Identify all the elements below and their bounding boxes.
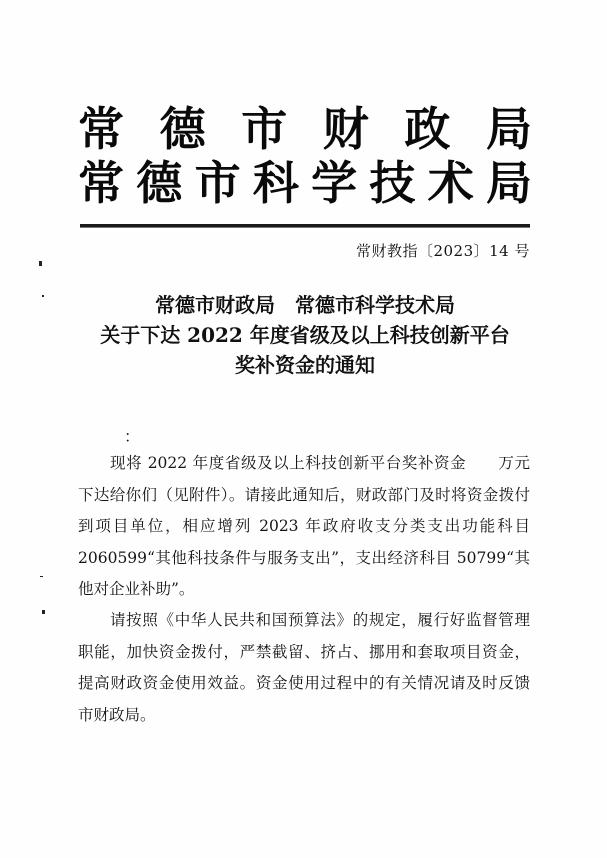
paragraph-line: 到项目单位，相应增列 2023 年政府收支分类支出功能科目	[78, 511, 530, 543]
letterhead-char: 科	[253, 160, 299, 206]
letterhead-char: 常	[78, 106, 124, 152]
paragraph-line: 请按照《中华人民共和国预算法》的规定，履行好监督管理	[78, 605, 530, 637]
letterhead-char: 学	[311, 160, 357, 206]
title-line: 关于下达 2022 年度省级及以上科技创新平台	[60, 320, 550, 350]
paragraph-line: 2060599“其他科技条件与服务支出”，支出经济科目 50799“其	[78, 543, 530, 575]
letterhead-char: 德	[160, 106, 206, 152]
letterhead-char: 市	[241, 106, 287, 152]
letterhead-char: 局	[486, 106, 532, 152]
letterhead-char: 技	[369, 160, 415, 206]
scan-speck	[42, 295, 44, 297]
document-page: 常 德 市 财 政 局 常 德 市 科 学 技 术 局 常财教指〔2023〕14…	[0, 0, 607, 858]
letterhead-science-bureau: 常 德 市 科 学 技 术 局	[78, 160, 532, 206]
letterhead-char: 常	[78, 160, 124, 206]
title-line: 奖补资金的通知	[60, 350, 550, 380]
paragraph-supervision: 请按照《中华人民共和国预算法》的规定，履行好监督管理 职能，加快资金拨付，严禁截…	[78, 605, 530, 731]
salutation: ：	[124, 424, 140, 447]
letterhead-char: 财	[323, 106, 369, 152]
paragraph-line: 他对企业补助”。	[78, 574, 530, 606]
paragraph-funding: 现将 2022 年度省级及以上科技创新平台奖补资金 万元 下达给你们（见附件）。…	[78, 448, 530, 606]
document-title: 常德市财政局 常德市科学技术局 关于下达 2022 年度省级及以上科技创新平台 …	[60, 290, 550, 380]
paragraph-line: 下达给你们（见附件）。请接此通知后，财政部门及时将资金拨付	[78, 480, 530, 512]
paragraph-line: 提高财政资金使用效益。资金使用过程中的有关情况请及时反馈	[78, 668, 530, 700]
paragraph-line: 职能，加快资金拨付，严禁截留、挤占、挪用和套取项目资金，	[78, 637, 530, 669]
letterhead-char: 术	[428, 160, 474, 206]
paragraph-line: 现将 2022 年度省级及以上科技创新平台奖补资金 万元	[78, 448, 530, 480]
scan-speck	[40, 576, 43, 577]
document-number: 常财教指〔2023〕14 号	[356, 240, 530, 261]
letterhead-char: 德	[136, 160, 182, 206]
title-line: 常德市财政局 常德市科学技术局	[60, 290, 550, 320]
letterhead-char: 政	[404, 106, 450, 152]
letterhead-char: 市	[195, 160, 241, 206]
letterhead-char: 局	[486, 160, 532, 206]
paragraph-line: 市财政局。	[78, 700, 530, 732]
scan-speck	[42, 610, 45, 614]
letterhead-divider	[80, 224, 530, 228]
scan-speck	[39, 261, 42, 266]
letterhead-finance-bureau: 常 德 市 财 政 局	[78, 106, 532, 152]
